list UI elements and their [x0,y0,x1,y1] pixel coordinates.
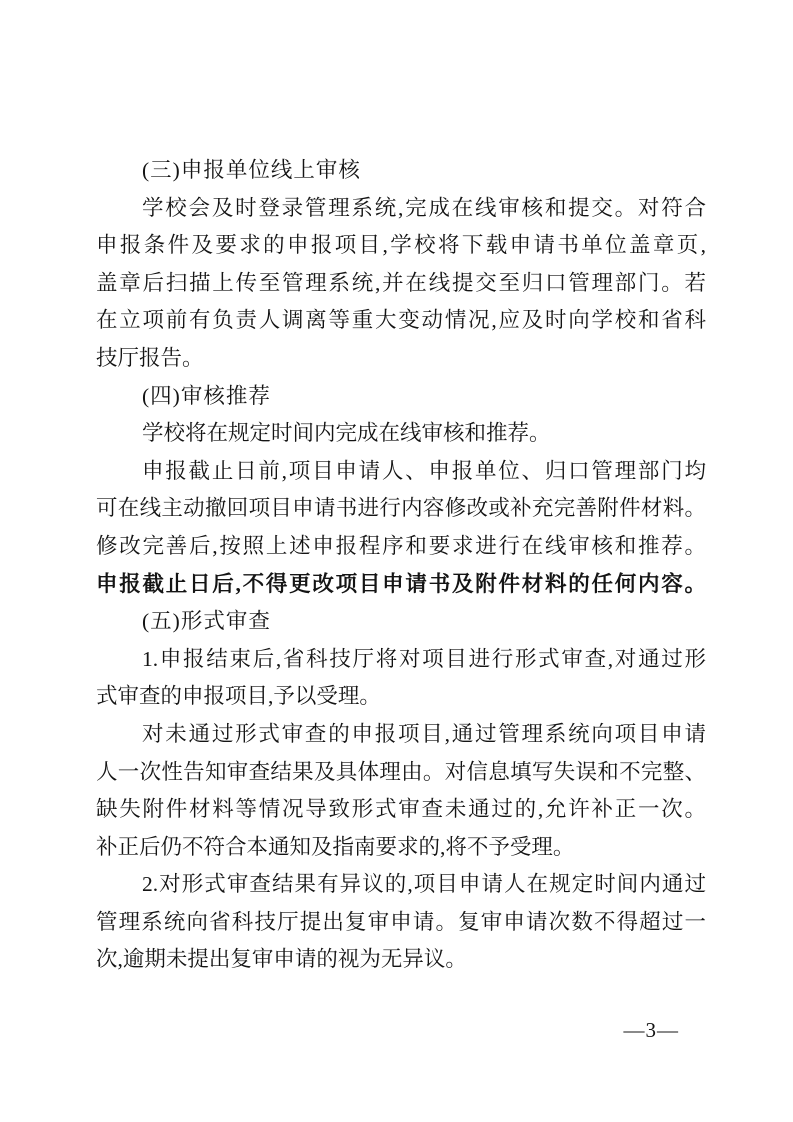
document-page: (三)申报单位线上审核学校会及时登录管理系统,完成在线审核和提交。对符合申报条件… [0,0,793,1122]
section-heading: (四)审核推荐 [96,378,706,416]
text-line: 对未通过形式审查的申报项目,通过管理系统向项目申请 [96,716,706,754]
text-line: 补正后仍不符合本通知及指南要求的,将不予受理。 [96,829,706,867]
text-line: 申报截止日前,项目申请人、申报单位、归口管理部门均 [96,453,706,491]
page-number: —3— [624,1018,680,1042]
section-heading: (五)形式审查 [96,603,706,641]
section-heading: (三)申报单位线上审核 [96,152,706,190]
emphasis-text-line: 申报截止日后,不得更改项目申请书及附件材料的任何内容。 [96,566,706,604]
text-line: 缺失附件材料等情况导致形式审查未通过的,允许补正一次。 [96,791,706,829]
text-line: 盖章后扫描上传至管理系统,并在线提交至归口管理部门。若 [96,265,706,303]
text-line: 技厅报告。 [96,340,706,378]
text-line: 管理系统向省科技厅提出复审申请。复审申请次数不得超过一 [96,904,706,942]
text-line: 2.对形式审查结果有异议的,项目申请人在规定时间内通过 [96,866,706,904]
text-line: 申报条件及要求的申报项目,学校将下载申请书单位盖章页, [96,227,706,265]
text-line: 修改完善后,按照上述申报程序和要求进行在线审核和推荐。 [96,528,706,566]
text-line: 学校将在规定时间内完成在线审核和推荐。 [96,415,706,453]
text-line: 可在线主动撤回项目申请书进行内容修改或补充完善附件材料。 [96,490,706,528]
text-line: 次,逾期未提出复审申请的视为无异议。 [96,941,706,979]
text-line: 人一次性告知审查结果及具体理由。对信息填写失误和不完整、 [96,754,706,792]
text-line: 式审查的申报项目,予以受理。 [96,678,706,716]
document-body: (三)申报单位线上审核学校会及时登录管理系统,完成在线审核和提交。对符合申报条件… [96,152,706,979]
text-line: 1.申报结束后,省科技厅将对项目进行形式审查,对通过形 [96,641,706,679]
text-line: 学校会及时登录管理系统,完成在线审核和提交。对符合 [96,190,706,228]
text-line: 在立项前有负责人调离等重大变动情况,应及时向学校和省科 [96,302,706,340]
